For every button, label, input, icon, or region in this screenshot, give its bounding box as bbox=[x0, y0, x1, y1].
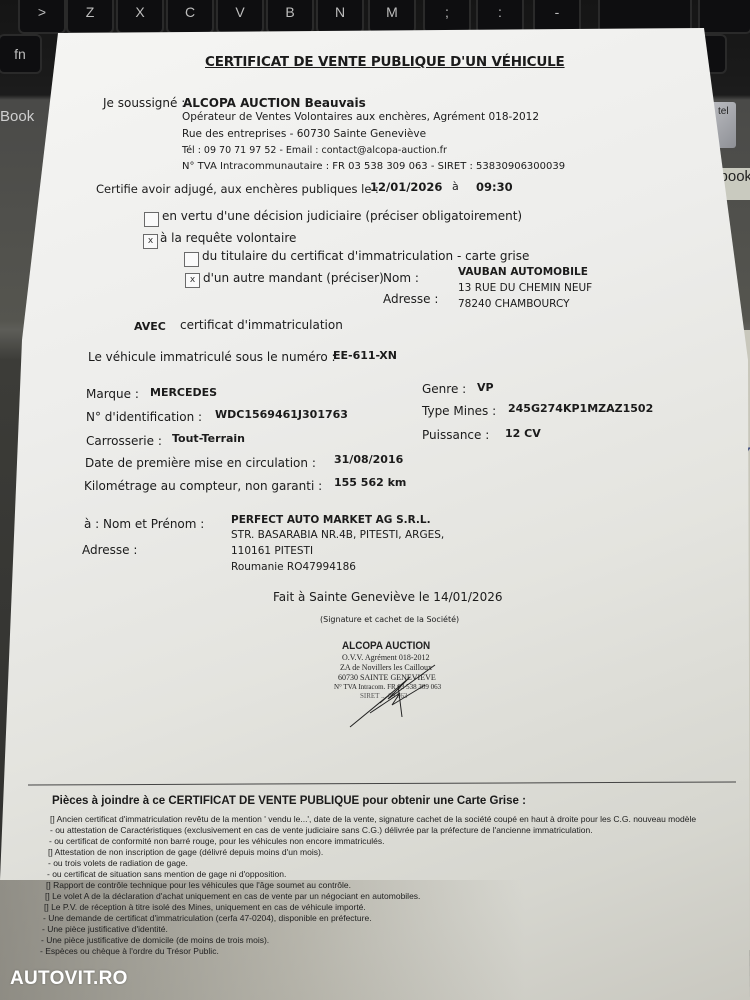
seller-line: Opérateur de Ventes Volontaires aux ench… bbox=[182, 111, 539, 123]
requirement-item: - Une pièce justificative d'identité. bbox=[42, 924, 168, 934]
carrosserie-value: Tout-Terrain bbox=[172, 432, 245, 445]
seller-label: Je soussigné : bbox=[103, 96, 185, 110]
mandant-address: 13 RUE DU CHEMIN NEUF bbox=[458, 282, 592, 294]
vin-value: WDC1569461J301763 bbox=[215, 408, 348, 421]
option-label: en vertu d'une décision judiciaire (préc… bbox=[162, 209, 522, 223]
adjudication-time: 09:30 bbox=[476, 180, 513, 194]
buyer-name: PERFECT AUTO MARKET AG S.R.L. bbox=[231, 514, 431, 526]
requirement-item: [] Attestation de non inscription de gag… bbox=[48, 847, 323, 857]
first-registration-value: 31/08/2016 bbox=[334, 453, 403, 466]
done-at: Fait à Sainte Geneviève le 14/01/2026 bbox=[273, 590, 502, 604]
mandant-address-label: Adresse : bbox=[383, 292, 438, 306]
stamp-line: ALCOPA AUCTION bbox=[342, 640, 430, 652]
puissance-label: Puissance : bbox=[422, 428, 489, 442]
requirement-item: - Une demande de certificat d'immatricul… bbox=[43, 913, 372, 923]
option-label: à la requête volontaire bbox=[160, 231, 296, 245]
requirement-item: [] Rapport de contrôle technique pour le… bbox=[46, 880, 351, 890]
requirement-item: [] Le P.V. de réception à titre isolé de… bbox=[44, 902, 366, 912]
avec-label: AVEC bbox=[134, 320, 166, 333]
signature-icon bbox=[340, 655, 450, 735]
adjudication-label: Certifie avoir adjugé, aux enchères publ… bbox=[96, 182, 379, 196]
buyer-address: Roumanie RO47994186 bbox=[231, 561, 356, 573]
requirement-item: - Espèces ou chèque à l'ordre du Trésor … bbox=[40, 946, 219, 956]
type-mines-label: Type Mines : bbox=[422, 404, 496, 418]
vin-label: N° d'identification : bbox=[86, 410, 202, 424]
seller-line: Rue des entreprises - 60730 Sainte Genev… bbox=[182, 128, 426, 140]
marque-value: MERCEDES bbox=[150, 386, 217, 399]
requirements-heading: Pièces à joindre à ce CERTIFICAT DE VENT… bbox=[52, 795, 526, 807]
mandant-name: VAUBAN AUTOMOBILE bbox=[458, 266, 588, 278]
checkbox-holder[interactable] bbox=[184, 252, 199, 267]
divider bbox=[28, 781, 736, 785]
buyer-address: STR. BASARABIA NR.4B, PITESTI, ARGES, bbox=[231, 529, 444, 541]
adjudication-date: 12/01/2026 bbox=[370, 180, 442, 194]
mandant-address: 78240 CHAMBOURCY bbox=[458, 298, 570, 310]
genre-label: Genre : bbox=[422, 382, 466, 396]
seller-line: N° TVA Intracommunautaire : FR 03 538 30… bbox=[182, 161, 565, 172]
mandant-name-label: Nom : bbox=[383, 271, 419, 285]
signature-caption: (Signature et cachet de la Société) bbox=[320, 615, 459, 624]
buyer-name-label: à : Nom et Prénom : bbox=[84, 517, 204, 531]
requirement-item: - ou certificat de conformité non barré … bbox=[49, 836, 384, 846]
buyer-address-label: Adresse : bbox=[82, 543, 137, 557]
registration-label: Le véhicule immatriculé sous le numéro : bbox=[88, 350, 336, 364]
requirement-item: - ou certificat de situation sans mentio… bbox=[47, 869, 286, 879]
carrosserie-label: Carrosserie : bbox=[86, 434, 162, 448]
seller-name: ALCOPA AUCTION Beauvais bbox=[183, 96, 366, 110]
requirement-item: - ou attestation de Caractéristiques (ex… bbox=[50, 825, 593, 835]
autovit-watermark: AUTOVIT.RO bbox=[10, 968, 128, 990]
certificate-document: CERTIFICAT DE VENTE PUBLIQUE D'UN VÉHICU… bbox=[0, 0, 750, 1000]
avec-value: certificat d'immatriculation bbox=[180, 318, 343, 332]
requirement-item: - ou trois volets de radiation de gage. bbox=[48, 858, 188, 868]
genre-value: VP bbox=[477, 381, 494, 394]
mileage-value: 155 562 km bbox=[334, 476, 406, 489]
checkbox-judicial[interactable] bbox=[144, 212, 159, 227]
checkbox-voluntary[interactable]: x bbox=[143, 234, 158, 249]
requirement-item: [] Le volet A de la déclaration d'achat … bbox=[45, 891, 420, 901]
document-title: CERTIFICAT DE VENTE PUBLIQUE D'UN VÉHICU… bbox=[205, 54, 565, 70]
option-label: d'un autre mandant (préciser) bbox=[203, 271, 384, 285]
buyer-address: 110161 PITESTI bbox=[231, 545, 313, 557]
first-registration-label: Date de première mise en circulation : bbox=[85, 456, 316, 470]
checkbox-other-mandant[interactable]: x bbox=[185, 273, 200, 288]
registration-number: EE-611-XN bbox=[333, 349, 397, 362]
adjudication-at: à bbox=[452, 180, 459, 193]
marque-label: Marque : bbox=[86, 387, 139, 401]
requirement-item: - Une pièce justificative de domicile (d… bbox=[41, 935, 269, 945]
type-mines-value: 245G274KP1MZAZ1502 bbox=[508, 402, 653, 415]
puissance-value: 12 CV bbox=[505, 427, 541, 440]
option-label: du titulaire du certificat d'immatricula… bbox=[202, 249, 529, 263]
requirement-item: [] Ancien certificat d'immatriculation r… bbox=[50, 814, 696, 824]
mileage-label: Kilométrage au compteur, non garanti : bbox=[84, 479, 322, 493]
seller-line: Tél : 09 70 71 97 52 - Email : contact@a… bbox=[182, 145, 447, 156]
